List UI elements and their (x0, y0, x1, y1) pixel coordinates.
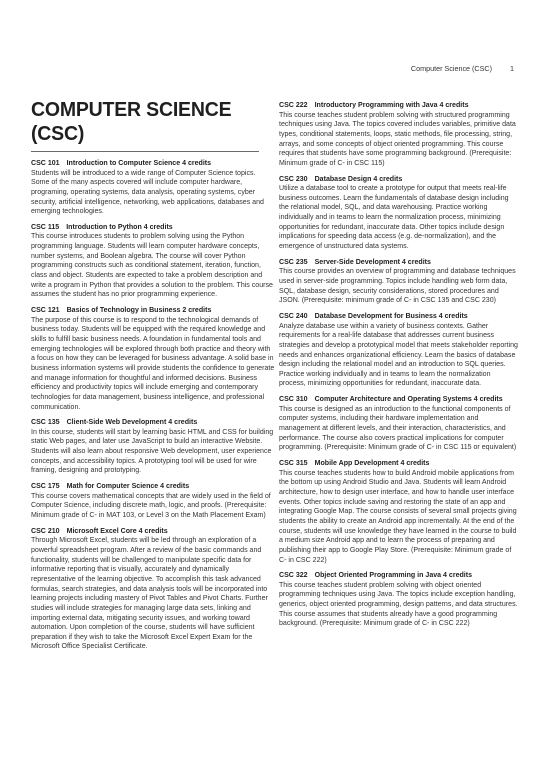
course-title: CSC 175Math for Computer Science 4 credi… (31, 482, 275, 492)
course-code: CSC 240 (279, 313, 308, 320)
course-entry-csc-175: CSC 175Math for Computer Science 4 credi… (31, 482, 275, 521)
course-name: Microsoft Excel Core 4 credits (67, 528, 168, 535)
course-description: In this course, students will start by l… (31, 428, 275, 476)
course-entry-csc-135: CSC 135Client-Side Web Development 4 cre… (31, 418, 275, 476)
course-title: CSC 235Server-Side Development 4 credits (279, 258, 519, 268)
course-code: CSC 135 (31, 419, 60, 426)
course-name: Computer Architecture and Operating Syst… (315, 396, 503, 403)
course-entry-csc-230: CSC 230Database Design 4 credits Utilize… (279, 175, 519, 252)
course-title: CSC 322Object Oriented Programming in Ja… (279, 571, 519, 581)
course-description: This course covers mathematical concepts… (31, 492, 275, 521)
course-title: CSC 310Computer Architecture and Operati… (279, 395, 519, 405)
course-name: Basics of Technology in Business 2 credi… (67, 307, 212, 314)
course-name: Math for Computer Science 4 credits (67, 483, 190, 490)
course-code: CSC 310 (279, 396, 308, 403)
course-entry-csc-222: CSC 222Introductory Programming with Jav… (279, 101, 519, 169)
course-title: CSC 222Introductory Programming with Jav… (279, 101, 519, 111)
course-name: Introduction to Computer Science 4 credi… (67, 160, 211, 167)
running-header-title: Computer Science (CSC) (411, 64, 492, 73)
course-entry-csc-310: CSC 310Computer Architecture and Operati… (279, 395, 519, 453)
course-name: Introduction to Python 4 credits (66, 224, 173, 231)
course-code: CSC 175 (31, 483, 60, 490)
course-code: CSC 101 (31, 160, 60, 167)
course-entry-csc-240: CSC 240Database Development for Business… (279, 312, 519, 389)
course-entry-csc-115: CSC 115Introduction to Python 4 credits … (31, 223, 275, 300)
course-description: The purpose of this course is to respond… (31, 316, 275, 413)
course-entry-csc-322: CSC 322Object Oriented Programming in Ja… (279, 571, 519, 629)
right-column: CSC 222Introductory Programming with Jav… (279, 101, 519, 635)
course-name: Introductory Programming with Java 4 cre… (315, 102, 469, 109)
course-entry-csc-235: CSC 235Server-Side Development 4 credits… (279, 258, 519, 306)
course-title: CSC 101Introduction to Computer Science … (31, 159, 275, 169)
course-code: CSC 230 (279, 176, 308, 183)
course-title: CSC 135Client-Side Web Development 4 cre… (31, 418, 275, 428)
course-code: CSC 121 (31, 307, 60, 314)
course-title: CSC 115Introduction to Python 4 credits (31, 223, 275, 233)
course-description: This course provides an overview of prog… (279, 267, 519, 306)
course-description: Through Microsoft Excel, students will b… (31, 536, 275, 652)
course-entry-csc-315: CSC 315Mobile App Development 4 credits … (279, 459, 519, 565)
course-code: CSC 115 (31, 224, 59, 231)
page-title: COMPUTER SCIENCE (CSC) (31, 98, 259, 152)
course-description: Analyze database use within a variety of… (279, 322, 519, 390)
course-title: CSC 230Database Design 4 credits (279, 175, 519, 185)
course-entry-csc-121: CSC 121Basics of Technology in Business … (31, 306, 275, 412)
course-title: CSC 315Mobile App Development 4 credits (279, 459, 519, 469)
course-code: CSC 322 (279, 572, 308, 579)
course-code: CSC 222 (279, 102, 308, 109)
course-name: Client-Side Web Development 4 credits (67, 419, 198, 426)
left-column: COMPUTER SCIENCE (CSC) CSC 101Introducti… (31, 98, 275, 658)
course-name: Mobile App Development 4 credits (315, 460, 430, 467)
running-header: Computer Science (CSC) 1 (411, 64, 514, 73)
course-description: This course teaches student problem solv… (279, 111, 519, 169)
course-title: CSC 210Microsoft Excel Core 4 credits (31, 527, 275, 537)
course-entry-csc-101: CSC 101Introduction to Computer Science … (31, 159, 275, 217)
course-description: Students will be introduced to a wide ra… (31, 169, 275, 217)
course-name: Database Development for Business 4 cred… (315, 313, 468, 320)
course-code: CSC 315 (279, 460, 308, 467)
course-title: CSC 240Database Development for Business… (279, 312, 519, 322)
course-name: Database Design 4 credits (315, 176, 403, 183)
page-number: 1 (510, 64, 514, 73)
course-description: This course is designed as an introducti… (279, 405, 519, 453)
course-description: This course introduces students to probl… (31, 232, 275, 300)
course-code: CSC 210 (31, 528, 60, 535)
course-title: CSC 121Basics of Technology in Business … (31, 306, 275, 316)
course-name: Object Oriented Programming in Java 4 cr… (315, 572, 472, 579)
course-name: Server-Side Development 4 credits (315, 259, 431, 266)
course-description: This course teaches students how to buil… (279, 469, 519, 566)
course-entry-csc-210: CSC 210Microsoft Excel Core 4 credits Th… (31, 527, 275, 652)
course-description: This course teaches student problem solv… (279, 581, 519, 629)
course-code: CSC 235 (279, 259, 308, 266)
course-description: Utilize a database tool to create a prot… (279, 184, 519, 252)
